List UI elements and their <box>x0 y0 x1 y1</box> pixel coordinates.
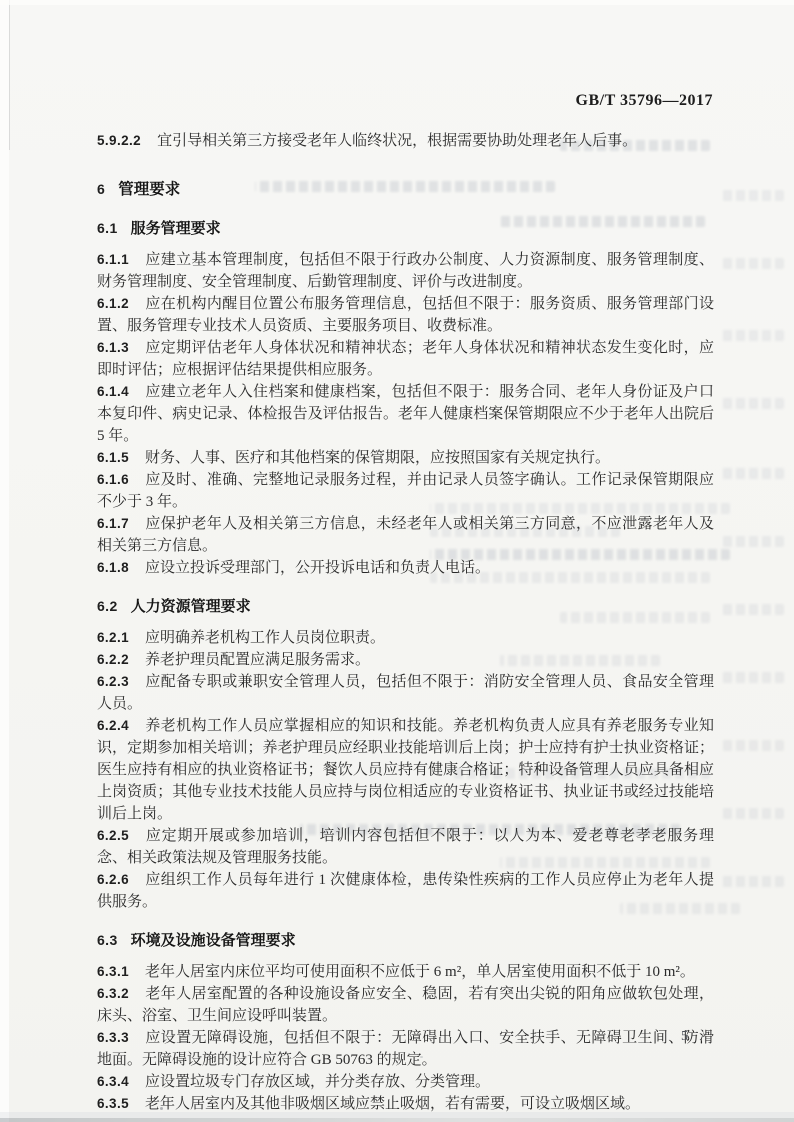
clause-number: 6.2.3 <box>97 674 129 689</box>
clause-6.1.2: 6.1.2应在机构内醒目位置公布服务管理信息，包括但不限于：服务资质、服务管理部… <box>97 293 714 337</box>
clause-text: 应设置垃圾专门存放区域，并分类存放、分类管理。 <box>145 1074 490 1090</box>
scan-edge-top <box>0 0 794 5</box>
clause-6.1.3: 6.1.3应定期评估老年人身体状况和精神状态；老年人身体状况和精神状态发生变化时… <box>97 337 714 381</box>
scanned-standard-page: { "document": { "standard_ref": "GB/T 35… <box>0 0 794 1122</box>
clause-text: 应定期评估老年人身体状况和精神状态；老年人身体状况和精神状态发生变化时，应即时评… <box>97 340 714 378</box>
clause-text: 应设立投诉受理部门，公开投诉电话和负责人电话。 <box>145 560 490 576</box>
clause-number: 6.2.4 <box>97 718 129 733</box>
clause-6.1.4: 6.1.4应建立老年人入住档案和健康档案，包括但不限于：服务合同、老年人身份证及… <box>97 381 714 447</box>
page-background: GB/T 35796—2017 5.9.2.2宜引导相关第三方接受老年人临终状况… <box>0 0 794 1122</box>
scan-edge-bottom <box>0 1118 794 1122</box>
clause-number: 6.1.7 <box>97 516 129 531</box>
clause-number: 6.3.5 <box>97 1096 129 1111</box>
clause-text: 老年人居室内床位平均可使用面积不应低于 6 m²，单人居室使用面积不低于 10 … <box>145 964 695 980</box>
clause-6.2.5: 6.2.5应定期开展或参加培训，培训内容包括但不限于：以人为本、爱老尊老孝老服务… <box>97 825 714 869</box>
bleedthrough-artifact <box>722 876 784 887</box>
clause-number: 6.3.2 <box>97 986 129 1001</box>
subsection-heading-6.3: 6.3环境及设施设备管理要求 <box>97 929 714 952</box>
clause-number: 6.2.1 <box>97 630 129 645</box>
clause-text: 应设置无障碍设施，包括但不限于：无障碍出入口、安全扶手、无障碍卫生间、防滑地面。… <box>97 1030 714 1068</box>
clause-number: 6.1.8 <box>97 560 129 575</box>
bleedthrough-artifact <box>722 672 784 683</box>
clause-text: 老年人居室内及其他非吸烟区域应禁止吸烟，若有需要，可设立吸烟区域。 <box>145 1096 640 1112</box>
scan-crease-line <box>9 0 10 150</box>
clause-6.3.4: 6.3.4应设置垃圾专门存放区域，并分类存放、分类管理。 <box>97 1071 714 1093</box>
clause-text: 应明确养老机构工作人员岗位职责。 <box>145 630 385 646</box>
clause-number: 6.3.4 <box>97 1074 129 1089</box>
clause-text: 养老机构工作人员应掌握相应的知识和技能。养老机构负责人应具有养老服务专业知识，定… <box>97 718 714 822</box>
scan-edge-left <box>0 0 9 1122</box>
bleedthrough-artifact <box>722 740 784 751</box>
document-flow: 5.9.2.2宜引导相关第三方接受老年人临终状况，根据需要协助处理老年人后事。6… <box>97 130 714 1115</box>
clause-6.3.1: 6.3.1老年人居室内床位平均可使用面积不应低于 6 m²，单人居室使用面积不低… <box>97 961 714 983</box>
clause-text: 应组织工作人员每年进行 1 次健康体检，患传染性疾病的工作人员应停止为老年人提供… <box>97 872 714 910</box>
clause-6.1.7: 6.1.7应保护老年人及相关第三方信息，未经老年人或相关第三方同意，不应泄露老年… <box>97 513 714 557</box>
clause-number: 5.9.2.2 <box>97 133 141 148</box>
clause-number: 6.2.6 <box>97 872 129 887</box>
clause-number: 6.1.6 <box>97 472 129 487</box>
clause-6.2.3: 6.2.3应配备专职或兼职安全管理人员，包括但不限于：消防安全管理人员、食品安全… <box>97 671 714 715</box>
clause-text: 应定期开展或参加培训，培训内容包括但不限于：以人为本、爱老尊老孝老服务理念、相关… <box>97 828 714 866</box>
bleedthrough-artifact <box>722 398 784 409</box>
clause-text: 财务、人事、医疗和其他档案的保管期限，应按照国家有关规定执行。 <box>145 450 610 466</box>
clause-text: 养老护理员配置应满足服务需求。 <box>145 652 370 668</box>
clause-text: 应保护老年人及相关第三方信息，未经老年人或相关第三方同意，不应泄露老年人及相关第… <box>97 516 714 554</box>
clause-text: 老年人居室配置的各种设施设备应安全、稳固，若有突出尖锐的阳角应做软包处理，床头、… <box>97 986 714 1024</box>
clause-text: 应在机构内醒目位置公布服务管理信息，包括但不限于：服务资质、服务管理部门设置、服… <box>97 296 714 334</box>
subsection-heading-6.2: 6.2人力资源管理要求 <box>97 595 714 618</box>
clause-6.2.6: 6.2.6应组织工作人员每年进行 1 次健康体检，患传染性疾病的工作人员应停止为… <box>97 869 714 913</box>
clause-text: 应及时、准确、完整地记录服务过程，并由记录人员签字确认。工作记录保管期限应不少于… <box>97 472 714 510</box>
clause-6.1.6: 6.1.6应及时、准确、完整地记录服务过程，并由记录人员签字确认。工作记录保管期… <box>97 469 714 513</box>
bleedthrough-artifact <box>722 808 784 819</box>
clause-number: 6 <box>97 181 105 197</box>
clause-number: 6.1 <box>97 220 118 236</box>
clause-text: 应建立老年人入住档案和健康档案，包括但不限于：服务合同、老年人身份证及户口本复印… <box>97 384 714 444</box>
page-number: 5 <box>681 1029 688 1045</box>
clause-number: 6.2.5 <box>97 828 129 843</box>
clause-number: 6.2 <box>97 598 118 614</box>
bleedthrough-artifact <box>722 468 784 479</box>
clause-6.2.1: 6.2.1应明确养老机构工作人员岗位职责。 <box>97 627 714 649</box>
clause-number: 6.1.3 <box>97 340 129 355</box>
clause-6.1.8: 6.1.8应设立投诉受理部门，公开投诉电话和负责人电话。 <box>97 557 714 579</box>
clause-text: 应配备专职或兼职安全管理人员，包括但不限于：消防安全管理人员、食品安全管理人员。 <box>97 674 714 712</box>
bleedthrough-artifact <box>722 190 784 201</box>
clause-5.9.2.2: 5.9.2.2宜引导相关第三方接受老年人临终状况，根据需要协助处理老年人后事。 <box>97 130 714 152</box>
clause-6.2.2: 6.2.2养老护理员配置应满足服务需求。 <box>97 649 714 671</box>
bleedthrough-artifact <box>722 536 784 547</box>
subsection-heading-6.1: 6.1服务管理要求 <box>97 217 714 240</box>
clause-number: 6.3.1 <box>97 964 129 979</box>
clause-number: 6.2.2 <box>97 652 129 667</box>
clause-number: 6.3.3 <box>97 1030 129 1045</box>
clause-6.1.5: 6.1.5财务、人事、医疗和其他档案的保管期限，应按照国家有关规定执行。 <box>97 447 714 469</box>
clause-6.3.3: 6.3.3应设置无障碍设施，包括但不限于：无障碍出入口、安全扶手、无障碍卫生间、… <box>97 1027 714 1071</box>
clause-number: 6.1.4 <box>97 384 129 399</box>
clause-text: 人力资源管理要求 <box>131 598 251 615</box>
clause-6.2.4: 6.2.4养老机构工作人员应掌握相应的知识和技能。养老机构负责人应具有养老服务专… <box>97 715 714 825</box>
clause-number: 6.1.2 <box>97 296 129 311</box>
clause-number: 6.1.1 <box>97 252 129 267</box>
clause-text: 服务管理要求 <box>131 220 221 237</box>
clause-number: 6.1.5 <box>97 450 129 465</box>
bleedthrough-artifact <box>722 604 784 615</box>
clause-text: 环境及设施设备管理要求 <box>131 932 296 949</box>
clause-6.3.2: 6.3.2老年人居室配置的各种设施设备应安全、稳固，若有突出尖锐的阳角应做软包处… <box>97 983 714 1027</box>
bleedthrough-artifact <box>722 258 784 269</box>
clause-number: 6.3 <box>97 932 118 948</box>
standard-reference-header: GB/T 35796—2017 <box>576 92 713 110</box>
clause-text: 宜引导相关第三方接受老年人临终状况，根据需要协助处理老年人后事。 <box>157 133 637 149</box>
clause-6.1.1: 6.1.1应建立基本管理制度，包括但不限于行政办公制度、人力资源制度、服务管理制… <box>97 249 714 293</box>
clause-6.3.5: 6.3.5老年人居室内及其他非吸烟区域应禁止吸烟，若有需要，可设立吸烟区域。 <box>97 1093 714 1115</box>
section-heading-6: 6管理要求 <box>97 178 714 201</box>
clause-text: 管理要求 <box>118 181 180 198</box>
bleedthrough-artifact <box>722 330 784 341</box>
clause-text: 应建立基本管理制度，包括但不限于行政办公制度、人力资源制度、服务管理制度、财务管… <box>97 252 714 290</box>
